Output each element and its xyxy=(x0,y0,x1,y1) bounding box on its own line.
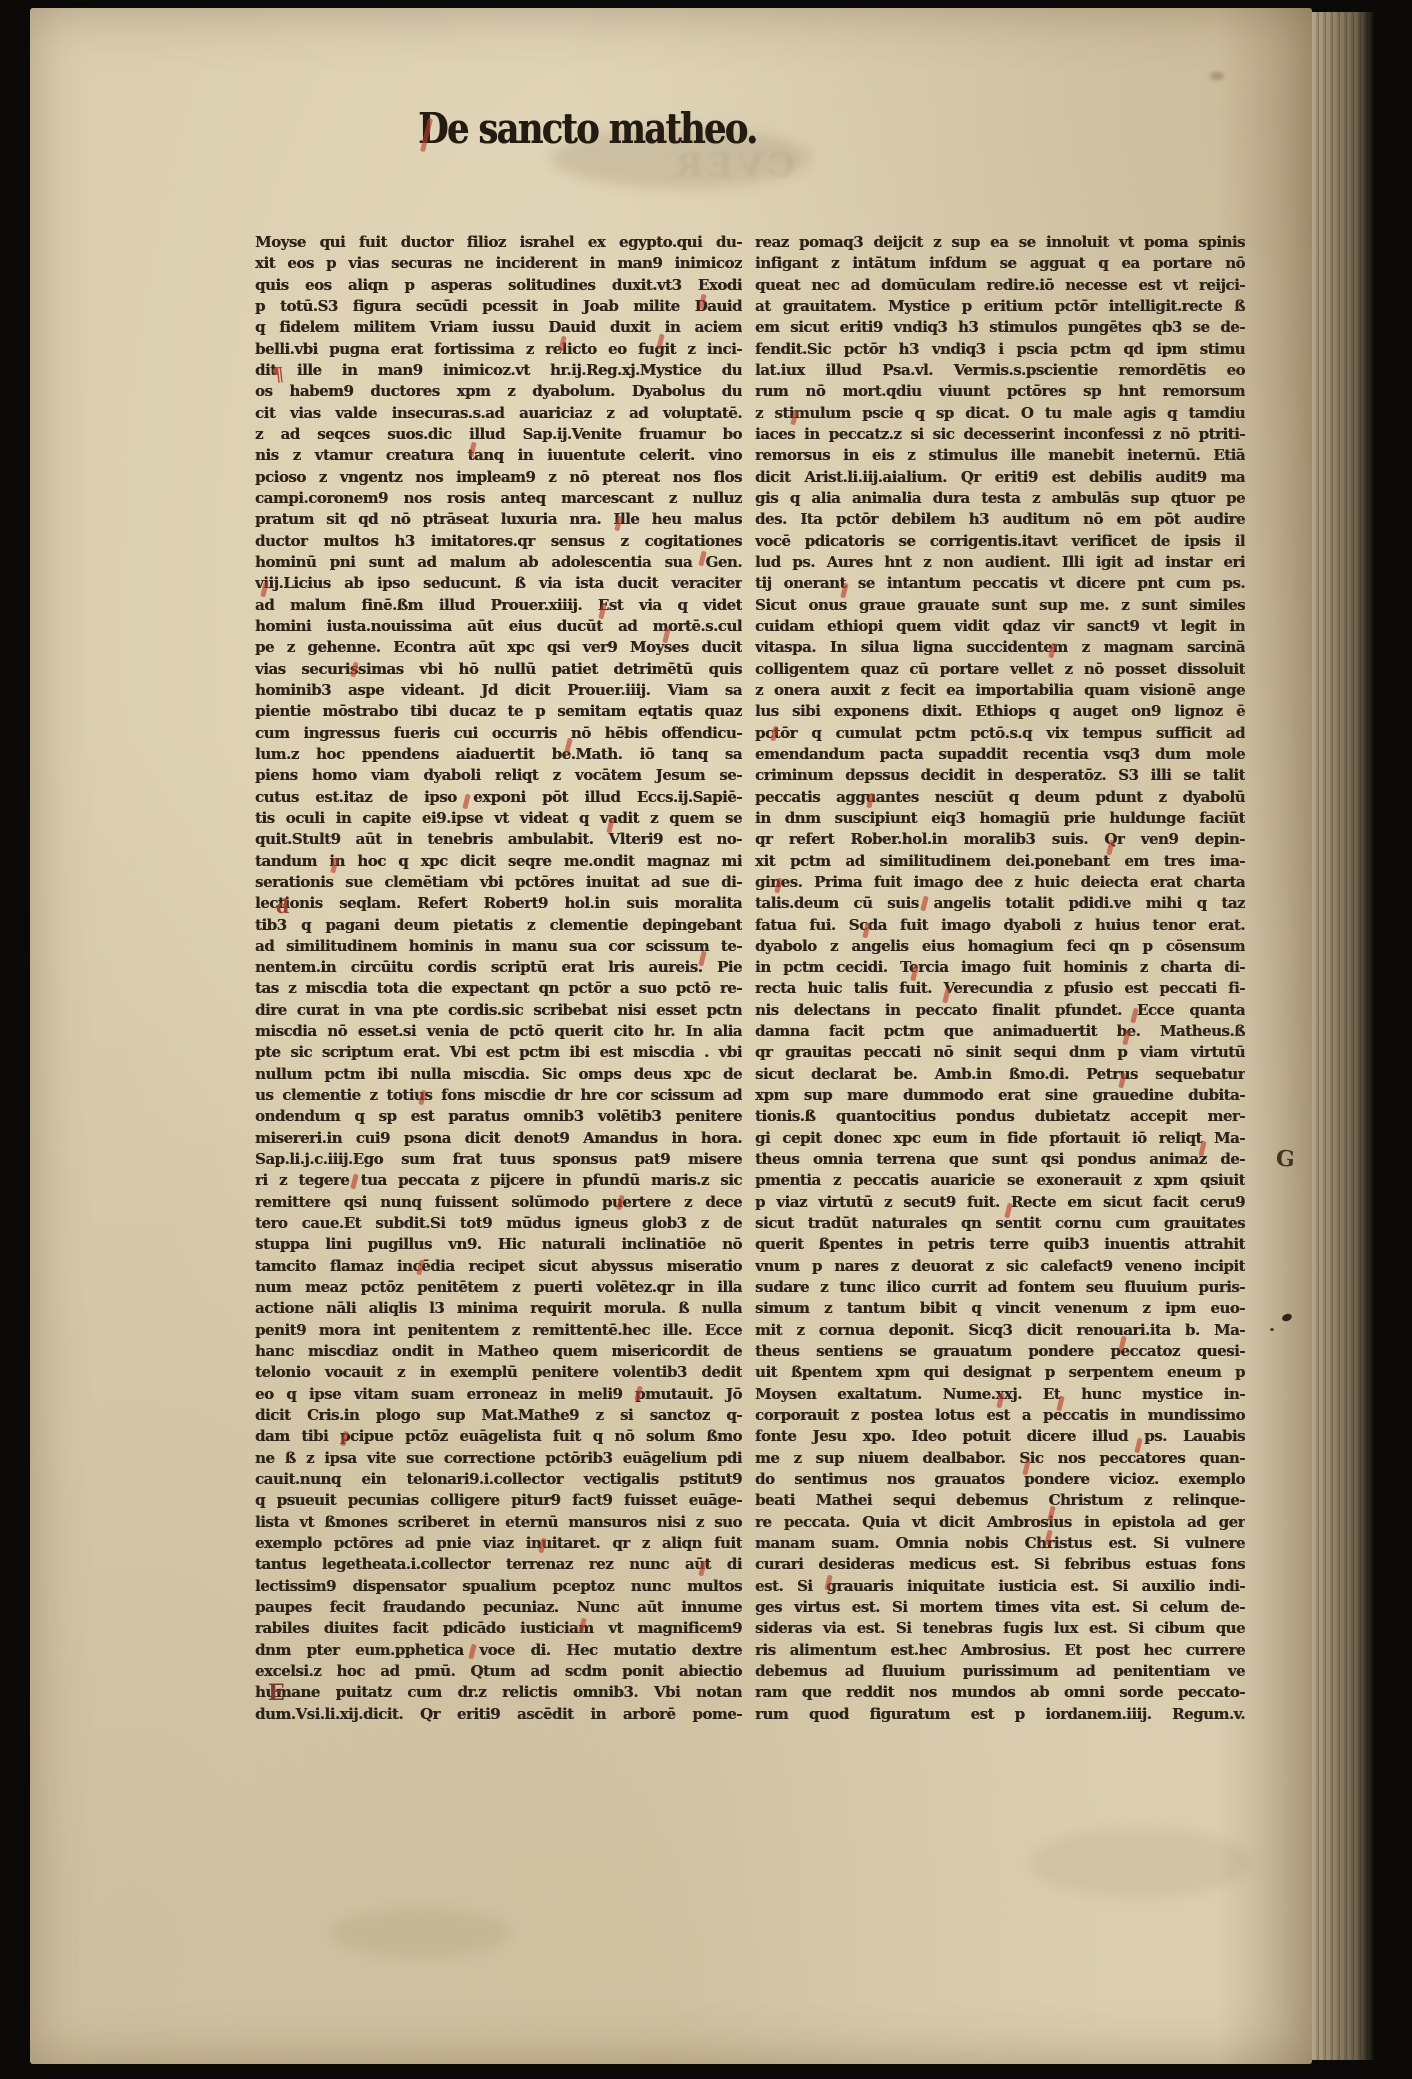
text-line: cit vias valde insecuras.s.ad auariciaz … xyxy=(255,403,742,424)
text-line: q psueuit pecunias colligere pitur9 fact… xyxy=(255,1490,742,1511)
text-line: nullum pctm ibi nulla miscdia. Sic omps … xyxy=(255,1064,742,1085)
text-line: os habem9 ductores xpm z dyabolum. Dyabo… xyxy=(255,381,742,402)
rubric-margin-mark: d xyxy=(276,898,289,916)
text-line: des. Ita pctōr debilem h3 auditum nō em … xyxy=(755,509,1245,530)
text-line: pcioso z vngentz nos impleam9 z nō ptere… xyxy=(255,467,742,488)
text-line: vitaspa. In silua ligna succidentem z ma… xyxy=(755,637,1245,658)
text-line: num meaz pctōz penitētem z puerti volēte… xyxy=(255,1277,742,1298)
text-line: humane puitatz cum dr.z relictis omnib3.… xyxy=(255,1682,742,1703)
text-line: me z sup niuem dealbabor. Sic nos peccat… xyxy=(755,1448,1245,1469)
text-line: fatua fui. Scda fuit imago dyaboli z hui… xyxy=(755,915,1245,936)
text-line: eo q ipse vitam suam erroneaz in meli9 p… xyxy=(255,1384,742,1405)
text-line: dnm pter eum.pphetica voce di. Hec mutat… xyxy=(255,1640,742,1661)
text-line: querit ßpentes in petris terre quib3 inu… xyxy=(755,1234,1245,1255)
text-line: telonio vocauit z in exemplū penitere vo… xyxy=(255,1362,742,1383)
text-line: ne ß z ipsa vite sue correctione pctōrib… xyxy=(255,1448,742,1469)
text-line: fendit.Sic pctōr h3 vndiq3 i pscia pctm … xyxy=(755,339,1245,360)
text-line: paupes fecit fraudando pecuniaz. Nunc aū… xyxy=(255,1597,742,1618)
text-line: gis q alia animalia dura testa z ambulās… xyxy=(755,488,1245,509)
text-line: vias securissimas vbi hō nullū patiet de… xyxy=(255,659,742,680)
text-line: pmentia z peccatis auaricie se exoneraui… xyxy=(755,1170,1245,1191)
text-line: exemplo pctōres ad pnie viaz inuitaret. … xyxy=(255,1533,742,1554)
text-line: tamcito flamaz incēdia recipet sicut aby… xyxy=(255,1256,742,1277)
text-line: actione nāli aliqlis l3 minima requirit … xyxy=(255,1298,742,1319)
text-line: nentem.in circūitu cordis scriptū erat l… xyxy=(255,957,742,978)
text-line: lus sibi exponens dixit. Ethiops q auget… xyxy=(755,701,1245,722)
text-line: in pctm cecidi. Tercia imago fuit homini… xyxy=(755,957,1245,978)
text-line: simum z tantum bibit q vincit venenum z … xyxy=(755,1298,1245,1319)
text-line: do sentimus nos grauatos pondere vicioz.… xyxy=(755,1469,1245,1490)
text-line: z onera auxit z fecit ea importabilia qu… xyxy=(755,680,1245,701)
text-line: vnum p nares z deuorat z sic calefact9 v… xyxy=(755,1256,1245,1277)
text-line: criminum depssus decidit in desperatōz. … xyxy=(755,765,1245,786)
text-line: dam tibi pcipue pctōz euāgelista fuit q … xyxy=(255,1426,742,1447)
text-line: p totū.S3 figura secūdi pcessit in Joab … xyxy=(255,296,742,317)
text-line: tij onerant se intantum peccatis vt dice… xyxy=(755,573,1245,594)
text-line: manam suam. Omnia nobis Christus est. Si… xyxy=(755,1533,1245,1554)
gutter-shadow xyxy=(1217,8,1312,2064)
text-line: fonte Jesu xpo. Ideo potuit dicere illud… xyxy=(755,1426,1245,1447)
text-line: Moyse qui fuit ductor filioz israhel ex … xyxy=(255,232,742,253)
text-line: pctōr q cumulat pctm pctō.s.q vix tempus… xyxy=(755,723,1245,744)
text-line: cauit.nunq ein telonari9.i.collector vec… xyxy=(255,1469,742,1490)
text-line: belli.vbi pugna erat fortissima z relict… xyxy=(255,339,742,360)
text-line: ri z tegere tua peccata z pijcere in pfu… xyxy=(255,1170,742,1191)
text-line: sideras via est. Si tenebras fugis lux e… xyxy=(755,1618,1245,1639)
text-line: tionis.ß quantocitius pondus dubietatz a… xyxy=(755,1106,1245,1127)
paper-stain xyxy=(330,1908,510,1958)
text-line: nis z vtamur creatura tanq in iuuentute … xyxy=(255,445,742,466)
text-column-right: reaz pomaq3 deijcit z sup ea se innoluit… xyxy=(755,232,1245,1725)
rubric-margin-mark: ¶ xyxy=(271,365,285,384)
text-line: ad malum finē.ßm illud Prouer.xiiij. Est… xyxy=(255,595,742,616)
text-line: at grauitatem. Mystice p eritium pctōr i… xyxy=(755,296,1245,317)
text-line: peccatis agguantes nesciūt q deum pdunt … xyxy=(755,787,1245,808)
text-line: serationis sue clemētiam vbi pctōres inu… xyxy=(255,872,742,893)
text-line: tib3 q pagani deum pietatis z clementie … xyxy=(255,915,742,936)
text-line: vocē pdicatoris se corrigentis.itavt ver… xyxy=(755,531,1245,552)
text-line: sicut declarat be. Amb.in ßmo.di. Petrus… xyxy=(755,1064,1245,1085)
text-line: theus omnia terrena que sunt qsi pondus … xyxy=(755,1149,1245,1170)
text-line: ram que reddit nos mundos ab omni sorde … xyxy=(755,1682,1245,1703)
text-line: ad similitudinem hominis in manu sua cor… xyxy=(255,936,742,957)
text-line: ductor multos h3 imitatores.qr sensus z … xyxy=(255,531,742,552)
text-line: tas z miscdia tota die expectant qn pctō… xyxy=(255,978,742,999)
text-line: qr grauitas peccati nō sinit sequi dnm p… xyxy=(755,1042,1245,1063)
text-line: ris alimentum est.hec Ambrosius. Et post… xyxy=(755,1640,1245,1661)
text-line: cum ingressus fueris cui occurris nō hēb… xyxy=(255,723,742,744)
text-line: tis oculi in capite ei9.ipse vt videat q… xyxy=(255,808,742,829)
text-line: quit.Stult9 aūt in tenebris ambulabit. V… xyxy=(255,829,742,850)
text-line: dicit Arist.li.iij.aialium. Qr eriti9 es… xyxy=(755,467,1245,488)
text-line: gi cepit donec xpc eum in fide pfortauit… xyxy=(755,1128,1245,1149)
text-line: iaces in peccatz.z si sic decesserint in… xyxy=(755,424,1245,445)
text-line: sicut tradūt naturales qn sentit cornu c… xyxy=(755,1213,1245,1234)
text-line: lista vt ßmones scriberet in eternū mans… xyxy=(255,1512,742,1533)
text-line: dire curat in vna pte cordis.sic scribeb… xyxy=(255,1000,742,1021)
page-title: De sancto matheo. xyxy=(418,104,757,153)
text-line: excelsi.z hoc ad pmū. Qtum ad scdm ponit… xyxy=(255,1661,742,1682)
text-line: ondendum q sp est paratus omnib3 volētib… xyxy=(255,1106,742,1127)
text-line: z stimulum pscie q sp dicat. O tu male a… xyxy=(755,403,1245,424)
text-line: infigant z intātum infdum se agguat q ea… xyxy=(755,253,1245,274)
text-line: qr refert Rober.hol.in moralib3 suis. Qr… xyxy=(755,829,1245,850)
text-line: uit ßpentem xpm qui designat p serpentem… xyxy=(755,1362,1245,1383)
text-line: em sicut eriti9 vndiq3 h3 stimulos pungē… xyxy=(755,317,1245,338)
text-line: sudare z tunc ilico currit ad fontem seu… xyxy=(755,1277,1245,1298)
text-line: pte sic scriptum erat. Vbi est pctm ibi … xyxy=(255,1042,742,1063)
text-line: pe z gehenne. Econtra aūt xpc qsi ver9 M… xyxy=(255,637,742,658)
text-line: reaz pomaq3 deijcit z sup ea se innoluit… xyxy=(755,232,1245,253)
text-line: hominū pni sunt ad malum ab adolescentia… xyxy=(255,552,742,573)
text-line: cutus est.itaz de ipso exponi pōt illud … xyxy=(255,787,742,808)
text-line: re peccata. Quia vt dicit Ambrosius in e… xyxy=(755,1512,1245,1533)
text-line: emendandum pacta supaddit recentia vsq3 … xyxy=(755,744,1245,765)
text-line: colligentem quaz cū portare vellet z nō … xyxy=(755,659,1245,680)
text-line: lud ps. Aures hnt z non audient. Illi ig… xyxy=(755,552,1245,573)
text-line: xit pctm ad similitudinem dei.ponebant e… xyxy=(755,851,1245,872)
text-line: remorsus in eis z stimulus ille manebit … xyxy=(755,445,1245,466)
text-line: ges virtus est. Si mortem times vita est… xyxy=(755,1597,1245,1618)
text-line: dit ille in man9 inimicoz.vt hr.ij.Reg.x… xyxy=(255,360,742,381)
text-line: remittere qsi nunq fuissent solūmodo pue… xyxy=(255,1192,742,1213)
text-line: tandum in hoc q xpc dicit seqre me.ondit… xyxy=(255,851,742,872)
text-line: p viaz virtutū z secut9 fuit. Recte em s… xyxy=(755,1192,1245,1213)
text-line: theus sentiens se grauatum pondere pecca… xyxy=(755,1341,1245,1362)
text-line: rum quod figuratum est p iordanem.iiij. … xyxy=(755,1704,1245,1725)
text-line: us clementie z totius fons miscdie dr hr… xyxy=(255,1085,742,1106)
text-line: curari desideras medicus est. Si febribu… xyxy=(755,1554,1245,1575)
text-line: corporauit z postea lotus est a peccatis… xyxy=(755,1405,1245,1426)
text-line: campi.coronem9 nos rosis anteq marcescan… xyxy=(255,488,742,509)
text-line: recta huic talis fuit. Verecundia z pfus… xyxy=(755,978,1245,999)
manuscript-page: CVER De sancto matheo. Moyse qui fuit du… xyxy=(30,8,1312,2064)
text-line: q fidelem militem Vriam iussu Dauid duxi… xyxy=(255,317,742,338)
text-line: gines. Prima fuit imago dee z huic deiec… xyxy=(755,872,1245,893)
text-line: debemus ad fluuium purissimum ad peniten… xyxy=(755,1661,1245,1682)
text-line: lat.iux illud Psa.vl. Vermis.s.pscientie… xyxy=(755,360,1245,381)
text-line: stuppa lini pugillus vn9. Hic naturali i… xyxy=(255,1234,742,1255)
rubric-margin-mark: E xyxy=(268,1684,285,1702)
text-line: lum.z hoc ppendens aiaduertit be.Math. i… xyxy=(255,744,742,765)
text-line: lectionis seqlam. Refert Robert9 hol.in … xyxy=(255,893,742,914)
text-line: dicit Cris.in plogo sup Mat.Mathe9 z si … xyxy=(255,1405,742,1426)
text-line: piens homo viam dyaboli reliqt z vocātem… xyxy=(255,765,742,786)
text-line: dum.Vsi.li.xij.dicit. Qr eriti9 ascēdit … xyxy=(255,1704,742,1725)
text-line: in dnm suscipiunt eiq3 homagiū prie huld… xyxy=(755,808,1245,829)
text-line: rabiles diuites facit pdicādo iusticiam … xyxy=(255,1618,742,1639)
text-line: quis eos aliqn p asperas solitudines dux… xyxy=(255,275,742,296)
text-line: mit z cornua deponit. Sicq3 dicit renoua… xyxy=(755,1320,1245,1341)
text-line: penit9 mora int penitentem z remittentē.… xyxy=(255,1320,742,1341)
text-line: z ad seqces suos.dic illud Sap.ij.Venite… xyxy=(255,424,742,445)
text-line: lectissim9 dispensator spualium pceptoz … xyxy=(255,1576,742,1597)
text-line: beati Mathei sequi debemus Christum z re… xyxy=(755,1490,1245,1511)
text-line: hominib3 aspe videant. Jd dicit Prouer.i… xyxy=(255,680,742,701)
text-line: queat nec ad domūculam redire.iō necesse… xyxy=(755,275,1245,296)
text-line: pratum sit qd nō ptrāseat luxuria nra. I… xyxy=(255,509,742,530)
text-line: Sicut onus graue grauate sunt sup me. z … xyxy=(755,595,1245,616)
text-line: misereri.in cui9 psona dicit denot9 Aman… xyxy=(255,1128,742,1149)
text-line: nis delectans in peccato finalit pfundet… xyxy=(755,1000,1245,1021)
text-line: pientie mōstrabo tibi ducaz te p semitam… xyxy=(255,701,742,722)
text-line: talis.deum cū suis angelis totalit pdidi… xyxy=(755,893,1245,914)
book-fore-edge xyxy=(1312,12,1376,2060)
text-line: tantus legetheata.i.collector terrenaz r… xyxy=(255,1554,742,1575)
text-line: viij.Licius ab ipso seducunt. ß via ista… xyxy=(255,573,742,594)
text-line: miscdia nō esset.si venia de pctō querit… xyxy=(255,1021,742,1042)
text-line: damna facit pctm que animaduertit be. Ma… xyxy=(755,1021,1245,1042)
text-line: tero caue.Et subdit.Si tot9 mūdus igneus… xyxy=(255,1213,742,1234)
text-line: xit eos p vias securas ne inciderent in … xyxy=(255,253,742,274)
text-line: rum nō mort.qdiu viuunt pctōres sp hnt r… xyxy=(755,381,1245,402)
text-line: cuidam ethiopi quem vidit qdaz vir sanct… xyxy=(755,616,1245,637)
text-line: dyabolo z angelis eius homagium feci qn … xyxy=(755,936,1245,957)
text-line: Sap.li.j.c.iiij.Ego sum frat tuus sponsu… xyxy=(255,1149,742,1170)
text-column-left: Moyse qui fuit ductor filioz israhel ex … xyxy=(255,232,742,1725)
text-line: hanc miscdiaz ondit in Matheo quem miser… xyxy=(255,1341,742,1362)
text-line: xpm sup mare dummodo erat sine grauedine… xyxy=(755,1085,1245,1106)
incunabulum-photo: CVER De sancto matheo. Moyse qui fuit du… xyxy=(0,0,1412,2079)
